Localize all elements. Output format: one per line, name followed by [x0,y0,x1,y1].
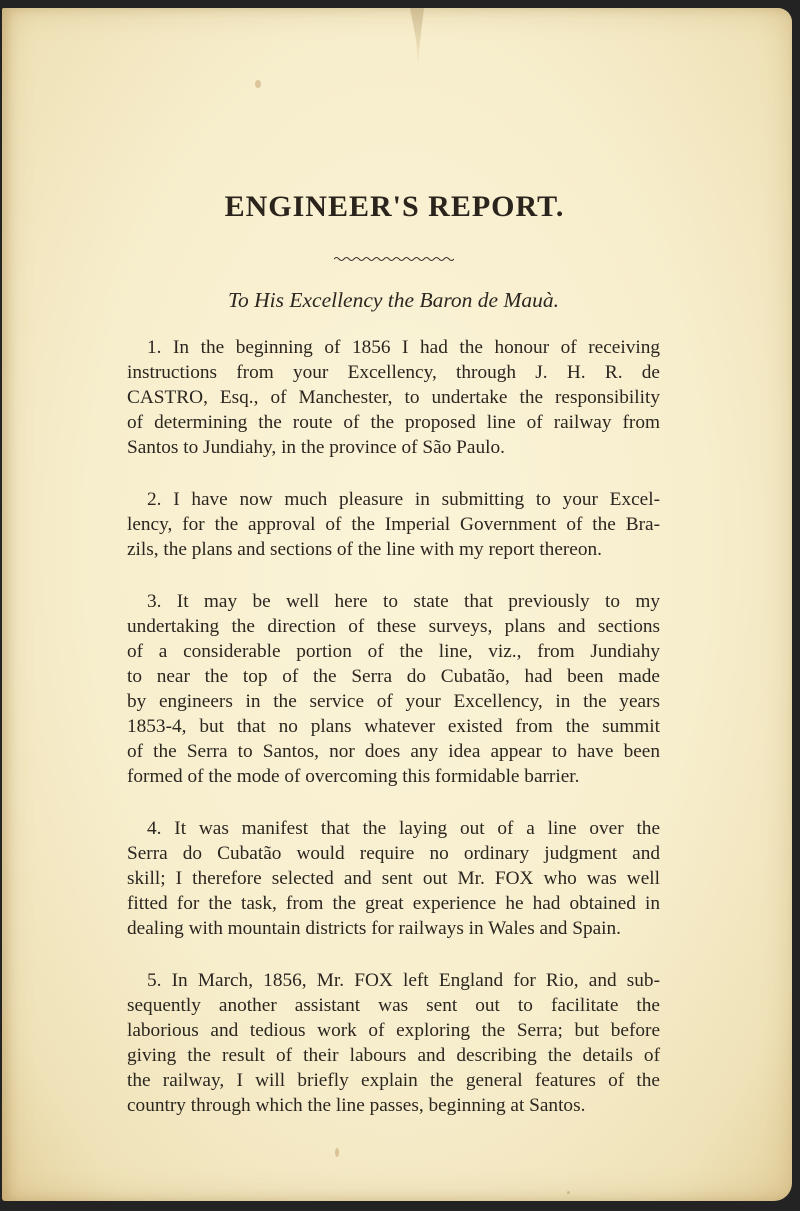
text-line: 3. It may be well here to state that pre… [127,589,660,614]
text-line: fitted for the task, from the great expe… [127,891,660,916]
text-line: CASTRO, Esq., of Manchester, to undertak… [127,385,660,410]
text-line: by engineers in the service of your Exce… [127,689,660,714]
scanned-page-background: ENGINEER'S REPORT. To His Excellency the… [0,0,800,1211]
foxing-spot [567,1191,570,1194]
paragraph-5: 5. In March, 1856, Mr. FOX left England … [127,968,660,1118]
page-title: ENGINEER'S REPORT. [129,185,660,229]
paragraph-3: 3. It may be well here to state that pre… [127,589,660,789]
text-line: formed of the mode of overcoming this fo… [127,764,660,789]
text-line: of a considerable portion of the line, v… [127,639,660,664]
text-line: giving the result of their labours and d… [127,1043,660,1068]
foxing-spot [335,1148,339,1157]
ornamental-wavy-rule [334,255,454,263]
text-line: 2. I have now much pleasure in submittin… [127,487,660,512]
text-line: zils, the plans and sections of the line… [127,537,660,562]
text-line: to near the top of the Serra do Cubatão,… [127,664,660,689]
text-line: 5. In March, 1856, Mr. FOX left England … [127,968,660,993]
text-line: undertaking the direction of these surve… [127,614,660,639]
text-line: 1. In the beginning of 1856 I had the ho… [127,335,660,360]
text-line: dealing with mountain districts for rail… [127,916,660,941]
paragraph-1: 1. In the beginning of 1856 I had the ho… [127,335,660,460]
paragraph-4: 4. It was manifest that the laying out o… [127,816,660,941]
text-line: the railway, I will briefly explain the … [127,1068,660,1093]
foxing-spot [255,80,261,88]
salutation: To His Excellency the Baron de Mauà. [127,285,660,315]
text-line: of determining the route of the proposed… [127,410,660,435]
text-line: lency, for the approval of the Imperial … [127,512,660,537]
text-line: skill; I therefore selected and sent out… [127,866,660,891]
text-line: Serra do Cubatão would require no ordina… [127,841,660,866]
text-line: 4. It was manifest that the laying out o… [127,816,660,841]
text-line: Santos to Jundiahy, in the province of S… [127,435,660,460]
text-line: country through which the line passes, b… [127,1093,660,1118]
text-line: of the Serra to Santos, nor does any ide… [127,739,660,764]
text-line: 1853-4, but that no plans whatever exist… [127,714,660,739]
report-content: ENGINEER'S REPORT. To His Excellency the… [127,185,660,1118]
text-line: laborious and tedious work of exploring … [127,1018,660,1043]
text-line: instructions from your Excellency, throu… [127,360,660,385]
text-line: sequently another assistant was sent out… [127,993,660,1018]
paragraph-2: 2. I have now much pleasure in submittin… [127,487,660,562]
